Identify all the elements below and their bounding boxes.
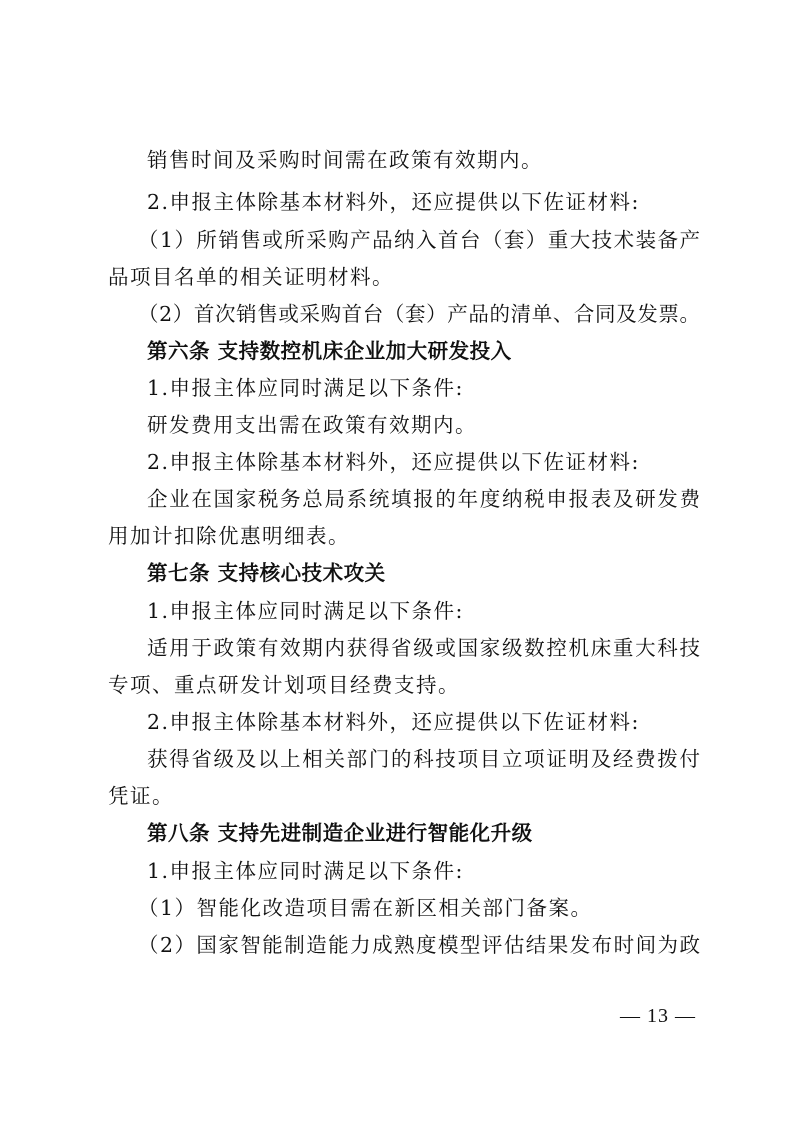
paragraph-line: 获得省级及以上相关部门的科技项目立项证明及经费拨付 [147,745,700,773]
document-page: 销售时间及采购时间需在政策有效期内。 2.申报主体除基本材料外，还应提供以下佐证… [0,0,794,1123]
paragraph-line: （2）首次销售或采购首台（套）产品的清单、合同及发票。 [138,300,700,328]
paragraph-line: 专项、重点研发计划项目经费支持。 [108,671,460,699]
paragraph-line: 2.申报主体除基本材料外，还应提供以下佐证材料: [147,708,640,736]
page-number: — 13 — [620,1005,696,1028]
paragraph-line: 研发费用支出需在政策有效期内。 [147,411,477,439]
paragraph-line: 品项目名单的相关证明材料。 [108,263,394,291]
article-heading-6: 第六条 支持数控机床企业加大研发投入 [147,337,512,365]
paragraph-line: （2）国家智能制造能力成熟度模型评估结果发布时间为政 [138,931,700,959]
paragraph-line: 2.申报主体除基本材料外，还应提供以下佐证材料: [147,188,640,216]
paragraph-line: 2.申报主体除基本材料外，还应提供以下佐证材料: [147,448,640,476]
paragraph-line: （1）所销售或所采购产品纳入首台（套）重大技术装备产 [138,226,700,254]
article-heading-8: 第八条 支持先进制造企业进行智能化升级 [147,819,533,847]
paragraph-line: 1.申报主体应同时满足以下条件: [147,597,464,625]
paragraph-line: （1）智能化改造项目需在新区相关部门备案。 [138,894,593,922]
paragraph-line: 1.申报主体应同时满足以下条件: [147,374,464,402]
paragraph-line: 用加计扣除优惠明细表。 [108,522,350,550]
paragraph-line: 凭证。 [108,782,174,810]
paragraph-line: 1.申报主体应同时满足以下条件: [147,857,464,885]
article-heading-7: 第七条 支持核心技术攻关 [147,559,386,587]
paragraph-line: 企业在国家税务总局系统填报的年度纳税申报表及研发费 [147,485,700,513]
paragraph-line: 销售时间及采购时间需在政策有效期内。 [147,146,543,174]
paragraph-line: 适用于政策有效期内获得省级或国家级数控机床重大科技 [147,634,700,662]
